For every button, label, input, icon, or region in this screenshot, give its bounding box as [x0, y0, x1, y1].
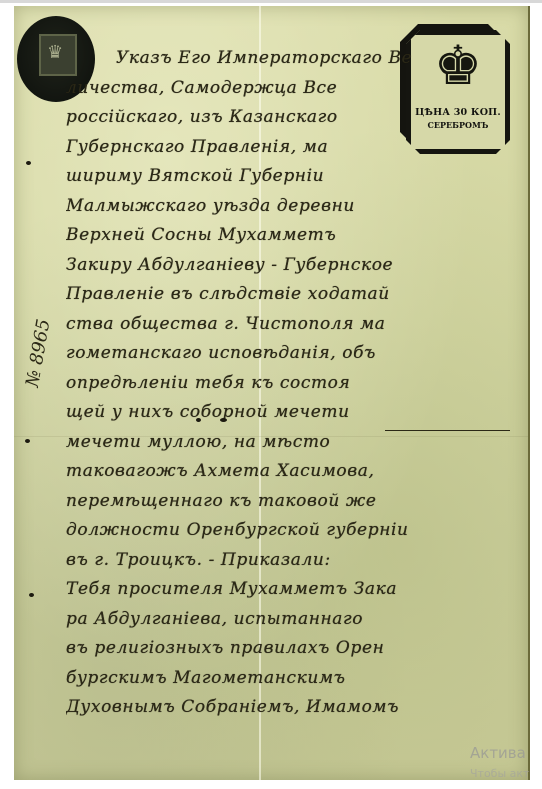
text-line: ра Абдулганіева, испытаннаго	[66, 605, 511, 635]
text-line: личества, Самодержца Все	[66, 74, 396, 104]
ink-blot	[26, 161, 31, 165]
text-line: ства общества г. Чистополя ма	[66, 310, 511, 340]
activation-watermark-title: Актива	[470, 744, 526, 762]
ink-blot	[25, 439, 30, 443]
handwritten-text-body: Указъ Его Императорскаго Ве личества, Са…	[66, 44, 511, 723]
text-line: Верхней Сосны Мухамметъ	[66, 221, 511, 251]
text-line: мечети муллою, на мѣсто	[66, 428, 511, 458]
text-line: Указъ Его Императорскаго Ве	[66, 44, 446, 74]
ink-underline	[385, 430, 510, 431]
activation-watermark-subtitle: Чтобы акт	[470, 767, 529, 780]
text-line: щей у нихъ соборной мечети	[66, 398, 511, 428]
text-line: шириму Вятской Губерніи	[66, 162, 511, 192]
text-line: опредѣленіи тебя къ состоя	[66, 369, 511, 399]
top-border	[0, 0, 542, 3]
text-line: россійскаго, изъ Казанскаго	[66, 103, 396, 133]
text-line: таковагожъ Ахмета Хасимова,	[66, 457, 511, 487]
text-line: Правленіе въ слѣдствіе ходатай	[66, 280, 511, 310]
ink-blot	[29, 593, 34, 597]
text-line: Губернскаго Правленія, ма	[66, 133, 511, 163]
text-line: Тебя просителя Мухамметъ Зака	[66, 575, 511, 605]
text-line: гометанскаго исповѣданія, объ	[66, 339, 511, 369]
ink-blot	[196, 418, 201, 422]
text-line: Закиру Абдулганіеву - Губернское	[66, 251, 511, 281]
text-line: бургскимъ Магометанскимъ	[66, 664, 511, 694]
text-line: перемѣщеннаго къ таковой же	[66, 487, 511, 517]
text-line: Духовнымъ Собраніемъ, Имамомъ	[66, 693, 511, 723]
text-line: въ г. Троицкъ. - Приказали:	[66, 546, 511, 576]
text-line: должности Оренбургской губерніи	[66, 516, 511, 546]
text-line: Малмыжскаго уѣзда деревни	[66, 192, 511, 222]
crown-icon: ♛	[47, 44, 63, 62]
ink-blot	[220, 418, 227, 422]
text-line: въ религіозныхъ правилахъ Орен	[66, 634, 511, 664]
